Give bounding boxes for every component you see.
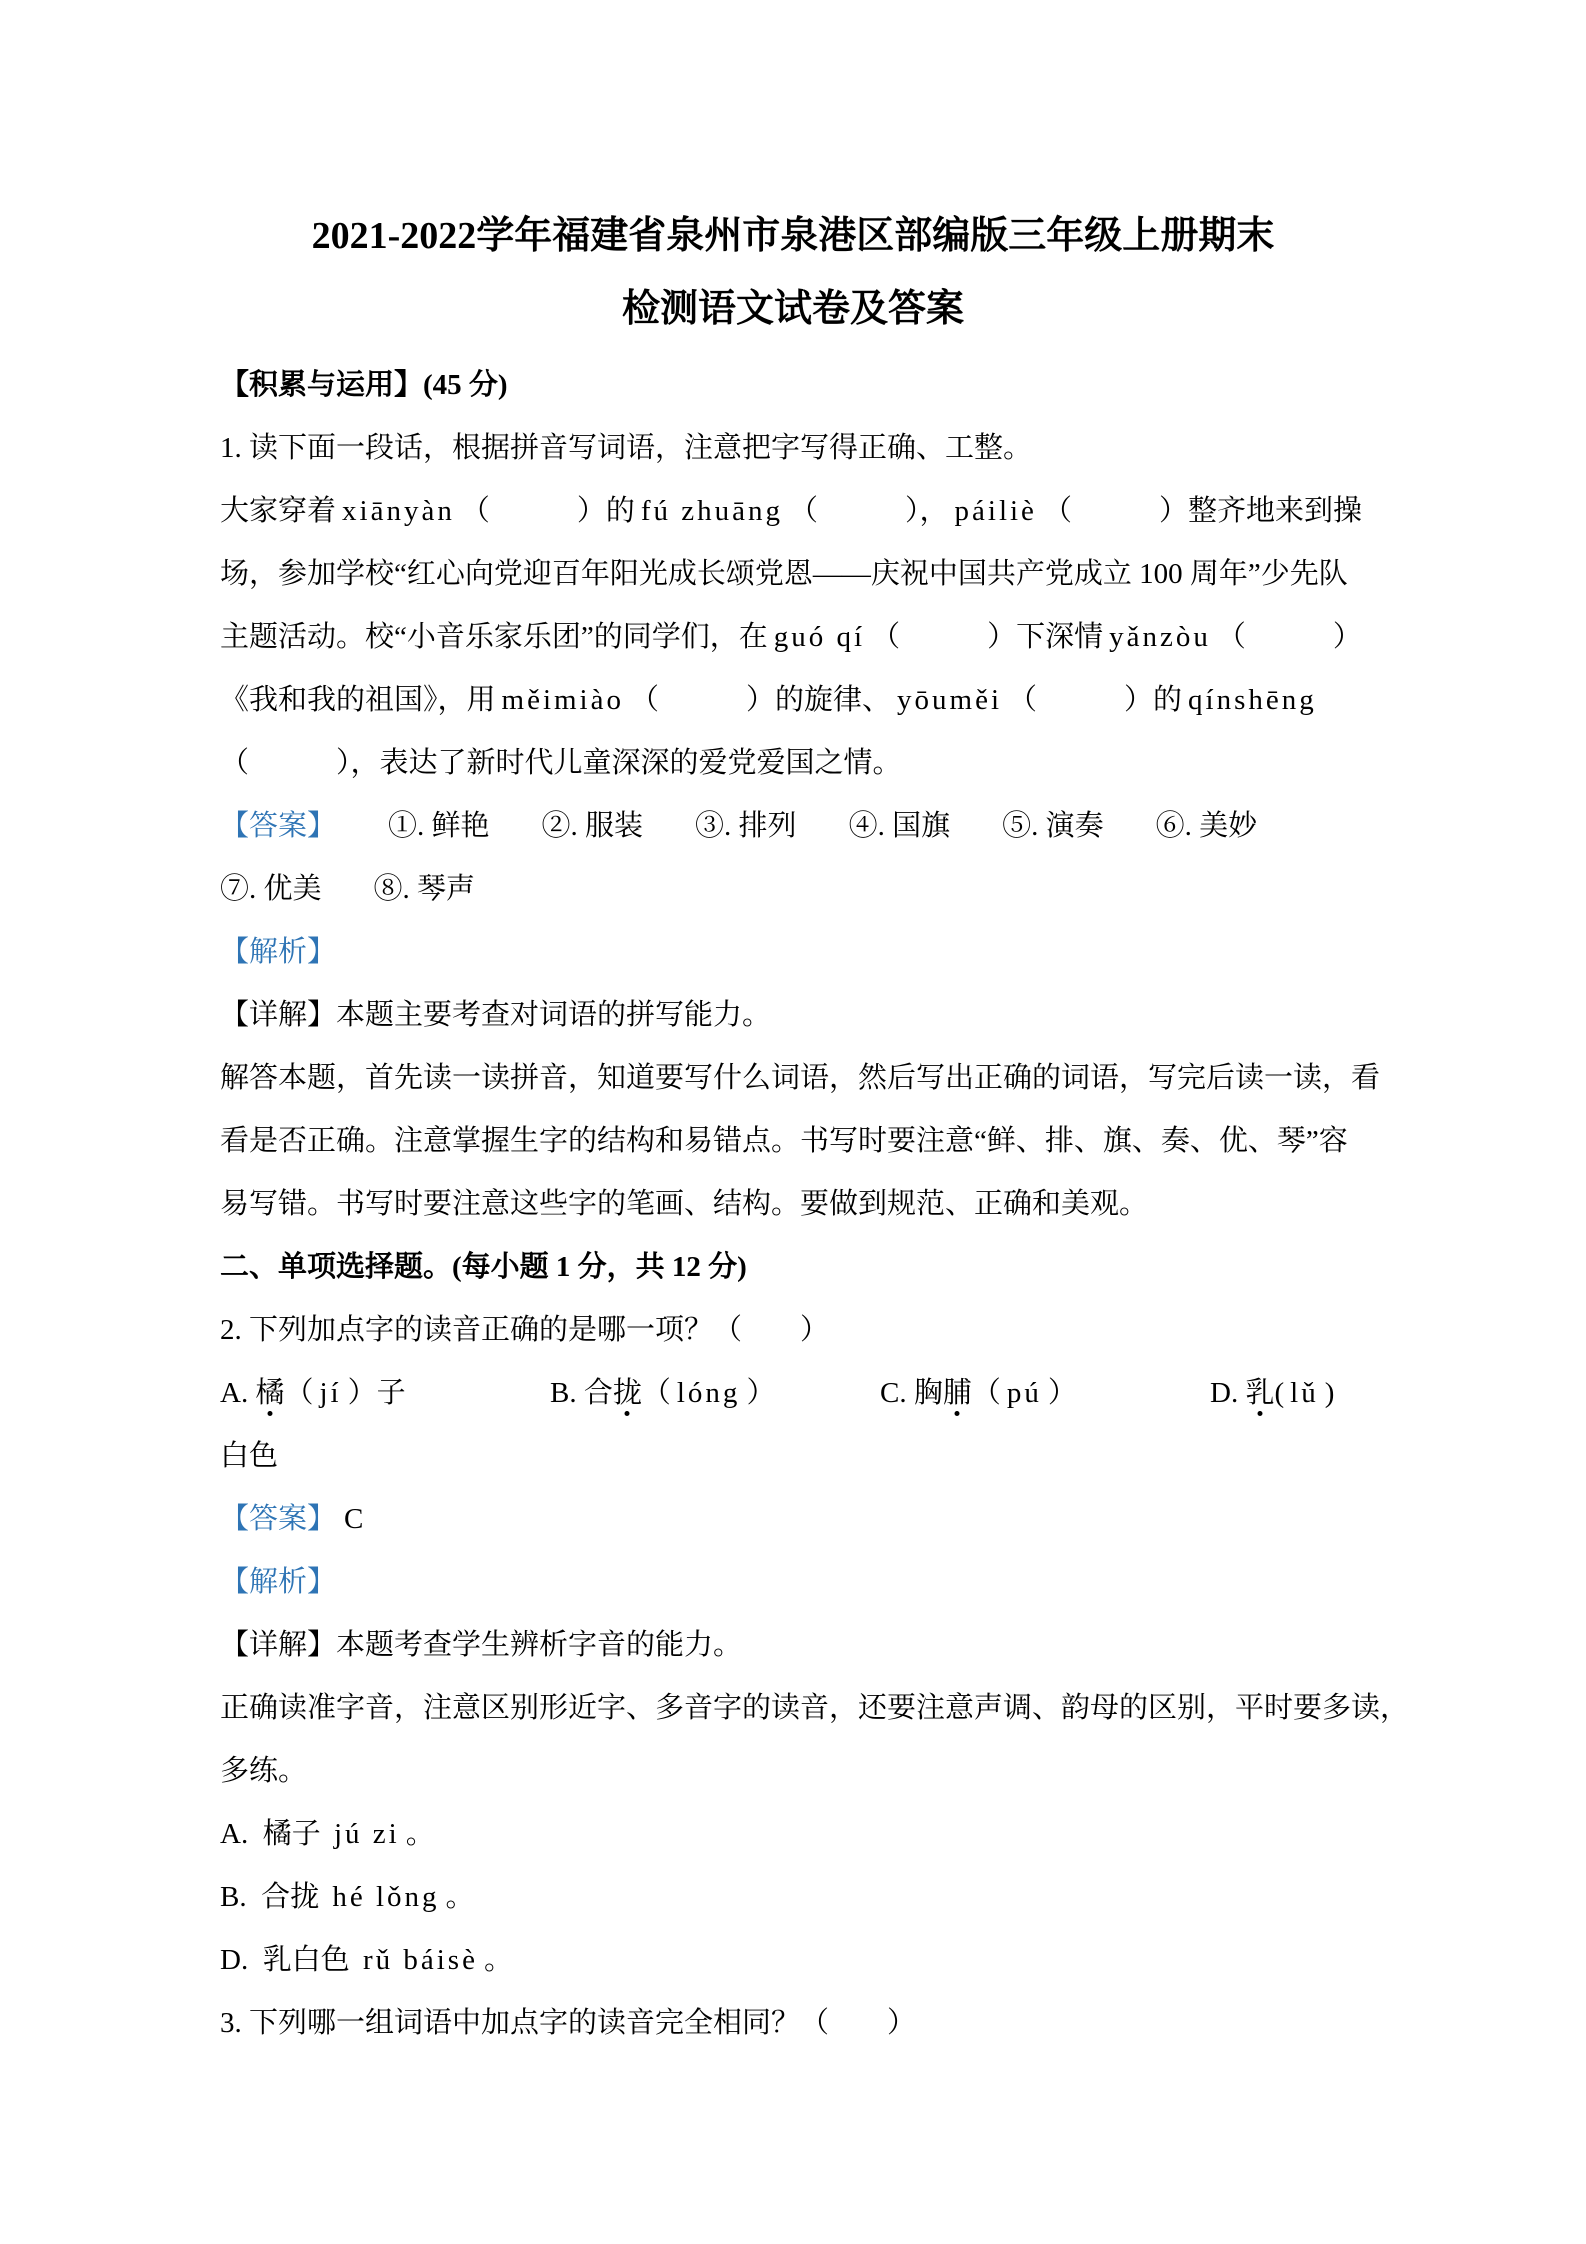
q2-explain-line-1: 正确读准字音，注意区别形近字、多音字的读音，还要注意声调、韵母的区别，平时要多读… — [220, 1677, 1370, 1740]
pinyin-segment: jú zi — [334, 1818, 400, 1850]
q2-option-a: A. 橘（jí）子 — [220, 1362, 406, 1425]
title-line-1: 2021-2022学年福建省泉州市泉港区部编版三年级上册期末 — [0, 200, 1586, 273]
item-text: 。 — [484, 1944, 513, 1976]
q2-option-c: C. 胸脯（pú） — [880, 1362, 1077, 1425]
q2-stem: 2. 下列加点字的读音正确的是哪一项？（ ） — [220, 1299, 1370, 1362]
answer-label: 【答案】 — [220, 795, 336, 858]
q1-answer-row-1: 【答案】 ①. 鲜艳 ②. 服装 ③. 排列 ④. 国旗 ⑤. 演奏 ⑥. 美妙 — [220, 795, 1370, 858]
answer-item: ⑦. 优美 — [220, 858, 322, 921]
option-text: ) — [1325, 1377, 1335, 1409]
q1-passage-line-1: 大家穿着xiānyàn（ ）的fú zhuāng（ ），páiliè（ ）整齐地… — [220, 480, 1370, 543]
pinyin-segment: jí — [319, 1377, 341, 1409]
answer-item: ①. 鲜艳 — [388, 795, 490, 858]
section2-heading: 二、单项选择题。(每小题 1 分，共 12 分) — [220, 1236, 1370, 1299]
dotted-char: 拢 — [613, 1377, 642, 1409]
option-text: ） — [1048, 1377, 1077, 1409]
exam-paper-page: 2021-2022学年福建省泉州市泉港区部编版三年级上册期末 检测语文试卷及答案… — [0, 0, 1586, 2244]
q1-explain-line-3: 易写错。书写时要注意这些字的笔画、结构。要做到规范、正确和美观。 — [220, 1173, 1370, 1236]
option-text: D. — [1210, 1377, 1245, 1409]
option-text: C. 胸 — [880, 1377, 943, 1409]
pinyin-segment: pú — [1007, 1377, 1042, 1409]
q2-option-b: B. 合拢（lóng） — [550, 1362, 775, 1425]
item-text: B. 合拢 — [220, 1881, 326, 1913]
q2-option-overflow: 白色 — [220, 1425, 1370, 1488]
q1-passage-line-3: 主题活动。校“小音乐家乐团”的同学们，在guó qí（ ）下深情yǎnzòu（ … — [220, 606, 1370, 669]
item-text: 。 — [446, 1881, 475, 1913]
dotted-char: 橘 — [255, 1377, 284, 1409]
q2-answer-line: 【答案】C — [220, 1488, 1370, 1551]
passage-blank: （ ）， — [789, 495, 949, 527]
option-text: A. — [220, 1377, 255, 1409]
pinyin-segment: lóng — [677, 1377, 741, 1409]
q1-passage-line-5: （ ），表达了新时代儿童深深的爱党爱国之情。 — [220, 732, 1370, 795]
answer-item: ⑤. 演奏 — [1002, 795, 1104, 858]
pinyin-segment: páiliè — [955, 495, 1037, 527]
pinyin-segment: měimiào — [502, 684, 624, 716]
pinyin-segment: guó qí — [774, 621, 865, 653]
passage-text: 大家穿着 — [220, 495, 336, 527]
q1-stem: 1. 读下面一段话，根据拼音写词语，注意把字写得正确、工整。 — [220, 417, 1370, 480]
document-title: 2021-2022学年福建省泉州市泉港区部编版三年级上册期末 检测语文试卷及答案 — [0, 200, 1586, 346]
pinyin-segment: rǔ báisè — [363, 1944, 478, 1976]
xiangjie-text: 本题主要考查对词语的拼写能力。 — [336, 999, 771, 1031]
section1-heading: 【积累与运用】(45 分) — [220, 354, 1370, 417]
passage-blank: （ ）的旋律、 — [630, 684, 891, 716]
q1-xiangjie-line: 【详解】本题主要考查对词语的拼写能力。 — [220, 984, 1370, 1047]
pinyin-segment: yōuměi — [897, 684, 1002, 716]
answer-item: ⑥. 美妙 — [1156, 795, 1258, 858]
pinyin-segment: qínshēng — [1188, 684, 1317, 716]
q2-xiangjie-line: 【详解】本题考查学生辨析字音的能力。 — [220, 1614, 1370, 1677]
passage-blank: （ ）的 — [1008, 684, 1182, 716]
option-text: （ — [972, 1377, 1001, 1409]
answer-item: ④. 国旗 — [849, 795, 951, 858]
q1-passage-line-4: 《我和我的祖国》，用měimiào（ ）的旋律、yōuměi（ ）的qínshē… — [220, 669, 1370, 732]
dotted-char: 乳 — [1245, 1377, 1274, 1409]
q2-explain-line-2: 多练。 — [220, 1740, 1370, 1803]
pinyin-segment: fú zhuāng — [641, 495, 783, 527]
answer-item: ③. 排列 — [695, 795, 797, 858]
q2-options-row: A. 橘（jí）子 B. 合拢（lóng） C. 胸脯（pú） D. 乳(lǔ) — [220, 1362, 1370, 1425]
passage-blank: （ ）下深情 — [871, 621, 1103, 653]
answer-value: C — [344, 1503, 363, 1535]
q2-item-b: B. 合拢 hé lǒng。 — [220, 1866, 1370, 1929]
q1-answer-row-2: ⑦. 优美 ⑧. 琴声 — [220, 858, 1370, 921]
option-text: ）子 — [348, 1377, 406, 1409]
xiangjie-label: 【详解】 — [220, 999, 336, 1031]
q1-explain-line-2: 看是否正确。注意掌握生字的结构和易错点。书写时要注意“鲜、排、旗、奏、优、琴”容 — [220, 1110, 1370, 1173]
q1-jiexi-label: 【解析】 — [220, 921, 1370, 984]
item-text: A. 橘子 — [220, 1818, 328, 1850]
q2-item-a: A. 橘子 jú zi。 — [220, 1803, 1370, 1866]
pinyin-segment: yǎnzòu — [1109, 621, 1211, 653]
pinyin-segment: xiānyàn — [342, 495, 455, 527]
answer-item: ②. 服装 — [542, 795, 644, 858]
dotted-char: 脯 — [943, 1377, 972, 1409]
xiangjie-text: 本题考查学生辨析字音的能力。 — [336, 1629, 742, 1661]
passage-blank: （ ）的 — [461, 495, 635, 527]
option-text: ） — [746, 1377, 775, 1409]
passage-blank: （ ） — [1217, 621, 1362, 653]
passage-text: 主题活动。校“小音乐家乐团”的同学们，在 — [220, 621, 768, 653]
q1-explain-line-1: 解答本题，首先读一读拼音，知道要写什么词语，然后写出正确的词语，写完后读一读，看 — [220, 1047, 1370, 1110]
q2-item-d: D. 乳白色 rǔ báisè。 — [220, 1929, 1370, 1992]
option-text: （ — [284, 1377, 313, 1409]
passage-blank: （ ）整齐地来到操 — [1043, 495, 1362, 527]
option-text: B. 合 — [550, 1377, 613, 1409]
pinyin-segment: hé lǒng — [332, 1881, 439, 1913]
item-text: D. 乳白色 — [220, 1944, 357, 1976]
title-line-2: 检测语文试卷及答案 — [0, 273, 1586, 346]
q1-passage-line-2: 场，参加学校“红心向党迎百年阳光成长颂党恩——庆祝中国共产党成立 100 周年”… — [220, 543, 1370, 606]
pinyin-segment: lǔ — [1290, 1377, 1319, 1409]
document-body: 【积累与运用】(45 分) 1. 读下面一段话，根据拼音写词语，注意把字写得正确… — [220, 354, 1370, 2055]
option-text: （ — [642, 1377, 671, 1409]
item-text: 。 — [406, 1818, 435, 1850]
q2-jiexi-label: 【解析】 — [220, 1551, 1370, 1614]
option-text: ( — [1274, 1377, 1284, 1409]
passage-text: 《我和我的祖国》，用 — [220, 684, 496, 716]
answer-item: ⑧. 琴声 — [374, 858, 476, 921]
q2-option-d: D. 乳(lǔ) — [1210, 1362, 1334, 1425]
q3-stem: 3. 下列哪一组词语中加点字的读音完全相同？（ ） — [220, 1992, 1370, 2055]
